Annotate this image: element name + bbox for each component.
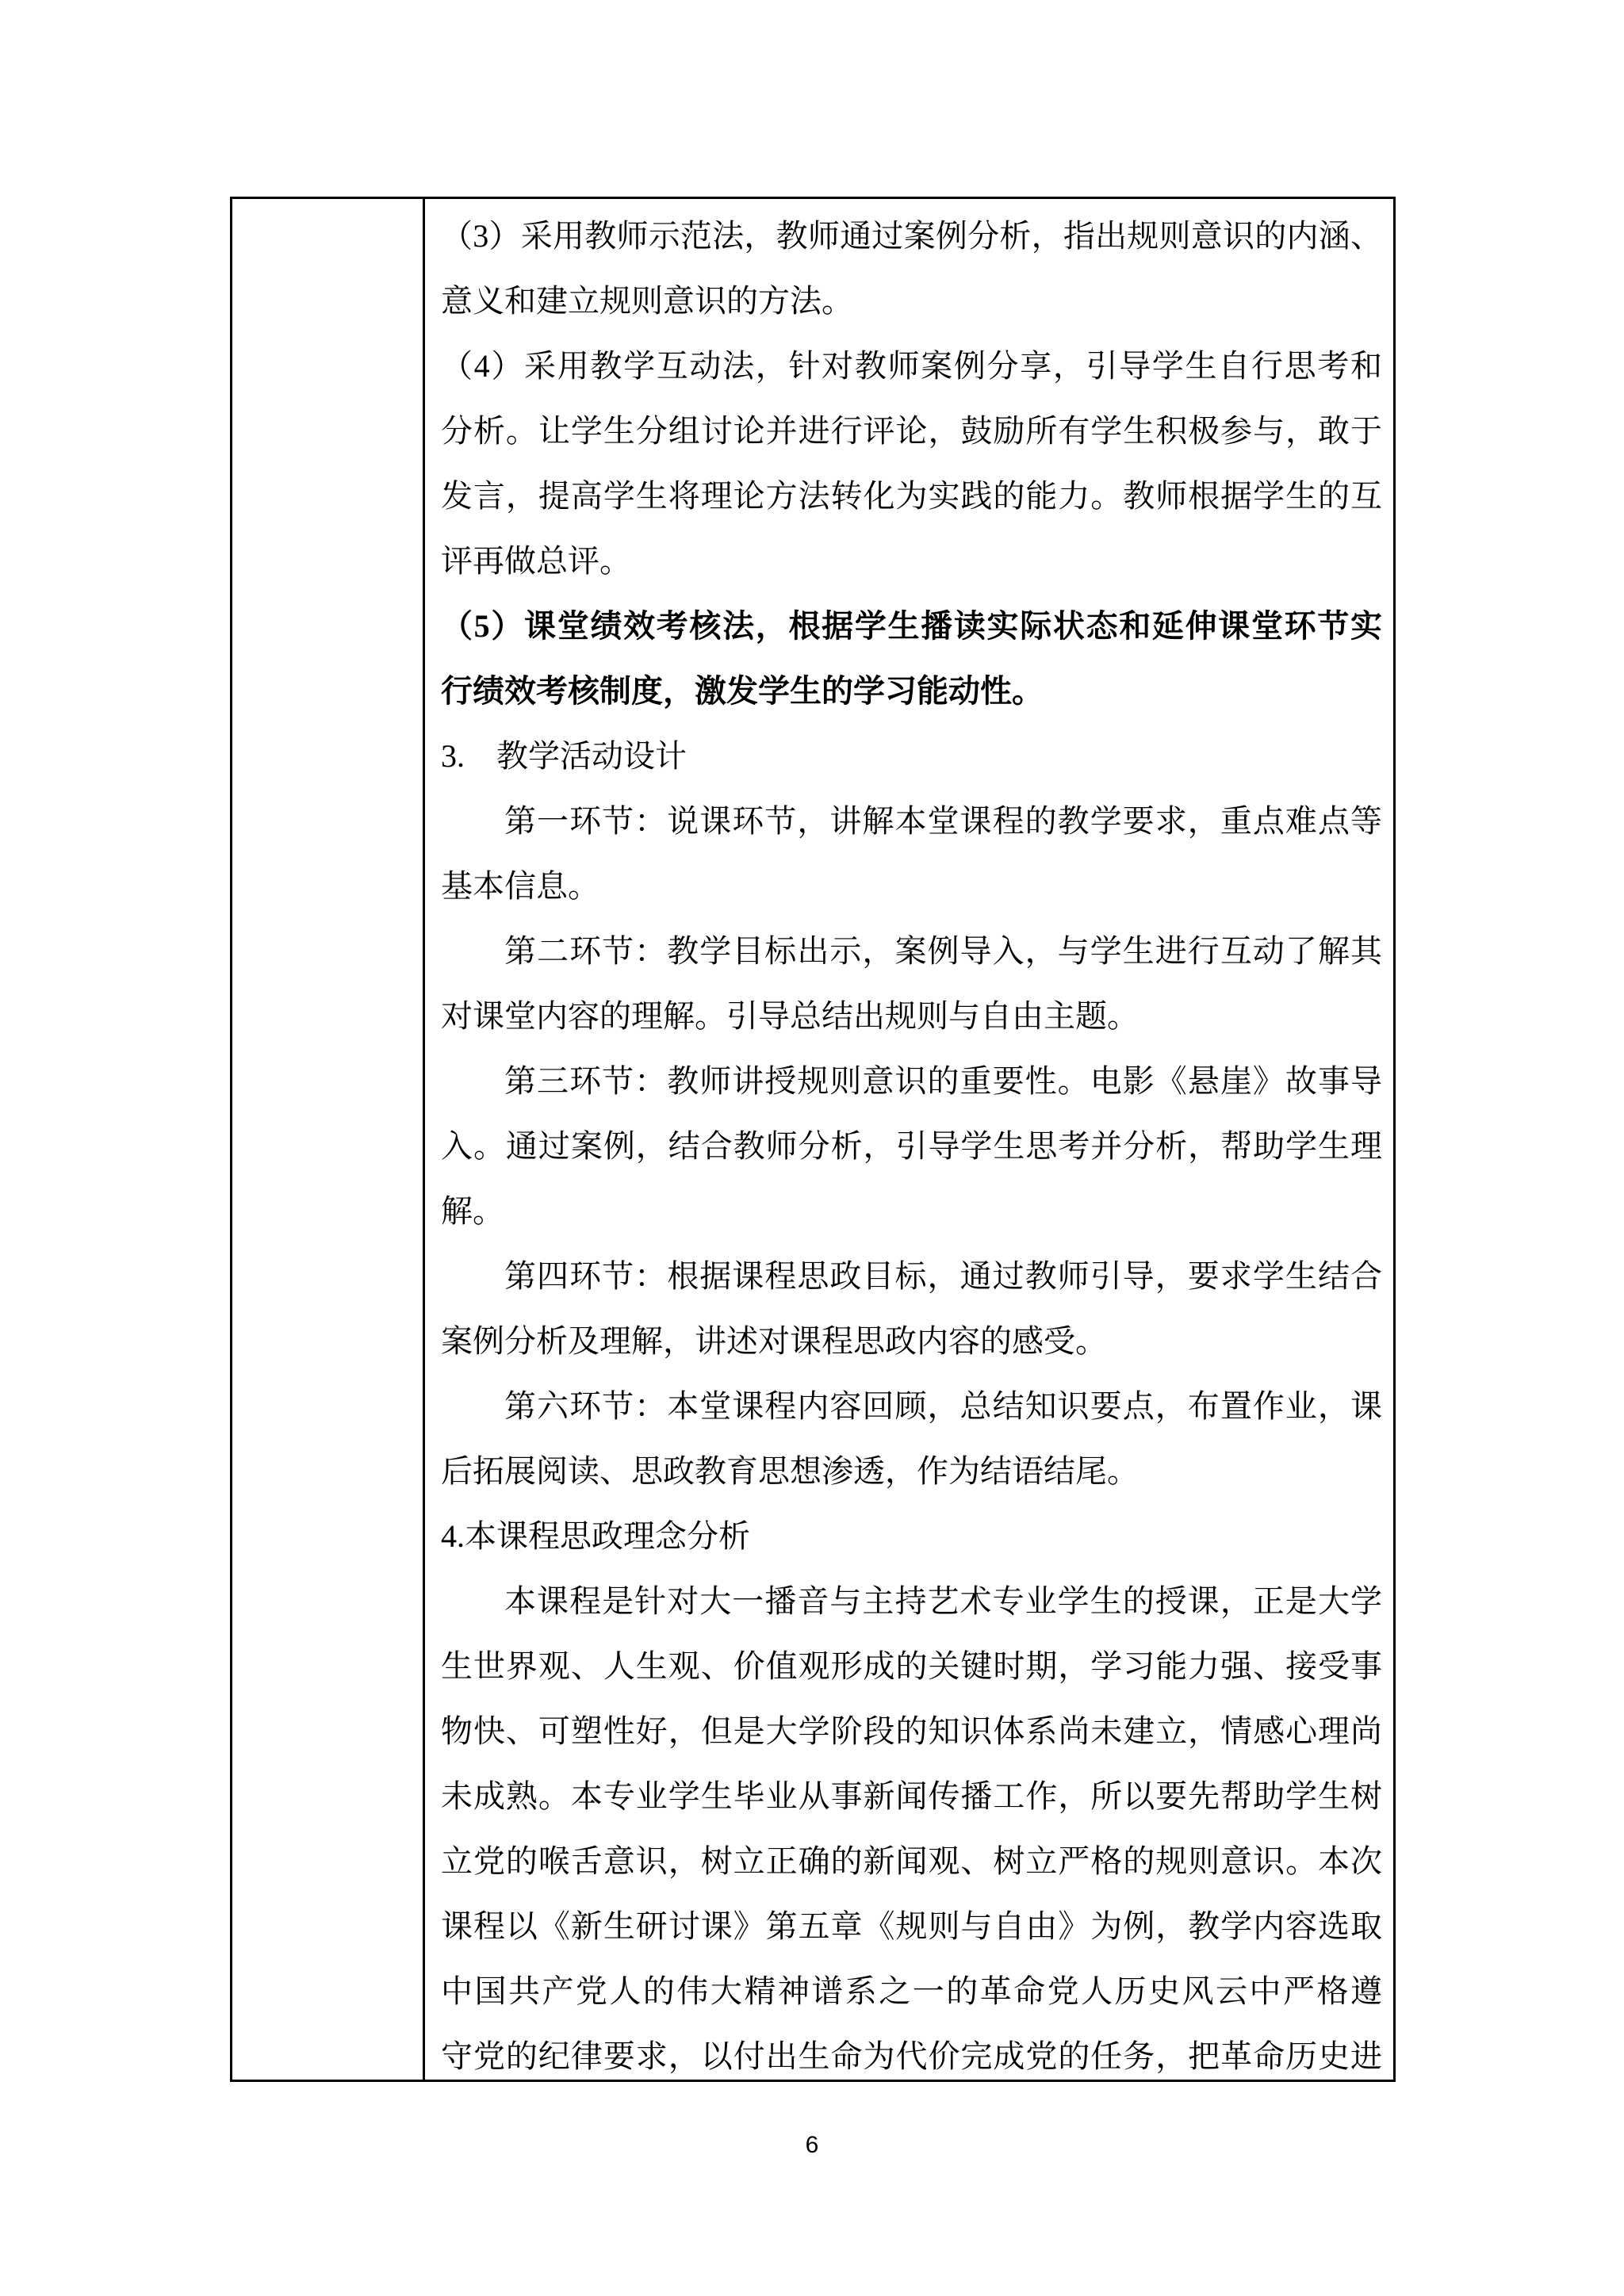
text-line: （4）采用教学互动法，针对教师案例分享，引导学生自行思考和 [441,334,1382,399]
text-line: 4.本课程思政理念分析 [441,1504,1382,1569]
text-line: 对课堂内容的理解。引导总结出规则与自由主题。 [441,984,1382,1049]
document-page: （3）采用教师示范法，教师通过案例分析，指出规则意识的内涵、意义和建立规则意识的… [0,0,1624,2296]
text-line: 发言，提高学生将理论方法转化为实践的能力。教师根据学生的互 [441,464,1382,529]
text-line: 中国共产党人的伟大精神谱系之一的革命党人历史风云中严格遵 [441,1959,1382,2024]
text-line: 立党的喉舌意识，树立正确的新闻观、树立严格的规则意识。本次 [441,1829,1382,1894]
table-row-label-cell [232,199,425,2080]
text-line: 解。 [441,1179,1382,1244]
text-line: 行绩效考核制度，激发学生的学习能动性。 [441,659,1382,724]
text-line: 第一环节：说课环节，讲解本堂课程的教学要求，重点难点等 [441,789,1382,854]
text-line: 第四环节：根据课程思政目标，通过教师引导，要求学生结合 [441,1244,1382,1309]
lesson-plan-table: （3）采用教师示范法，教师通过案例分析，指出规则意识的内涵、意义和建立规则意识的… [230,197,1396,2082]
text-line: 后拓展阅读、思政教育思想渗透，作为结语结尾。 [441,1439,1382,1504]
text-line: （3）采用教师示范法，教师通过案例分析，指出规则意识的内涵、 [441,204,1382,269]
text-line: 分析。让学生分组讨论并进行评论，鼓励所有学生积极参与，敢于 [441,399,1382,464]
text-line: 3. 教学活动设计 [441,724,1382,789]
text-line: 第六环节：本堂课程内容回顾，总结知识要点，布置作业，课 [441,1374,1382,1439]
text-line: 案例分析及理解，讲述对课程思政内容的感受。 [441,1309,1382,1374]
text-line: 基本信息。 [441,854,1382,919]
text-line: 守党的纪律要求，以付出生命为代价完成党的任务，把革命历史进 [441,2024,1382,2080]
text-line: （5）课堂绩效考核法，根据学生播读实际状态和延伸课堂环节实 [441,594,1382,659]
text-line: 物快、可塑性好，但是大学阶段的知识体系尚未建立，情感心理尚 [441,1699,1382,1764]
text-line: 第三环节：教师讲授规则意识的重要性。电影《悬崖》故事导 [441,1049,1382,1114]
text-line: 未成熟。本专业学生毕业从事新闻传播工作，所以要先帮助学生树 [441,1764,1382,1829]
table-content-cell: （3）采用教师示范法，教师通过案例分析，指出规则意识的内涵、意义和建立规则意识的… [425,199,1393,2080]
text-line: 入。通过案例，结合教师分析，引导学生思考并分析，帮助学生理 [441,1114,1382,1179]
text-line: 评再做总评。 [441,529,1382,594]
text-line: 生世界观、人生观、价值观形成的关键时期，学习能力强、接受事 [441,1634,1382,1699]
page-number: 6 [0,2130,1624,2161]
text-line: 第二环节：教学目标出示，案例导入，与学生进行互动了解其 [441,919,1382,984]
text-line: 课程以《新生研讨课》第五章《规则与自由》为例，教学内容选取 [441,1894,1382,1959]
text-line: 意义和建立规则意识的方法。 [441,269,1382,334]
text-line: 本课程是针对大一播音与主持艺术专业学生的授课，正是大学 [441,1569,1382,1634]
